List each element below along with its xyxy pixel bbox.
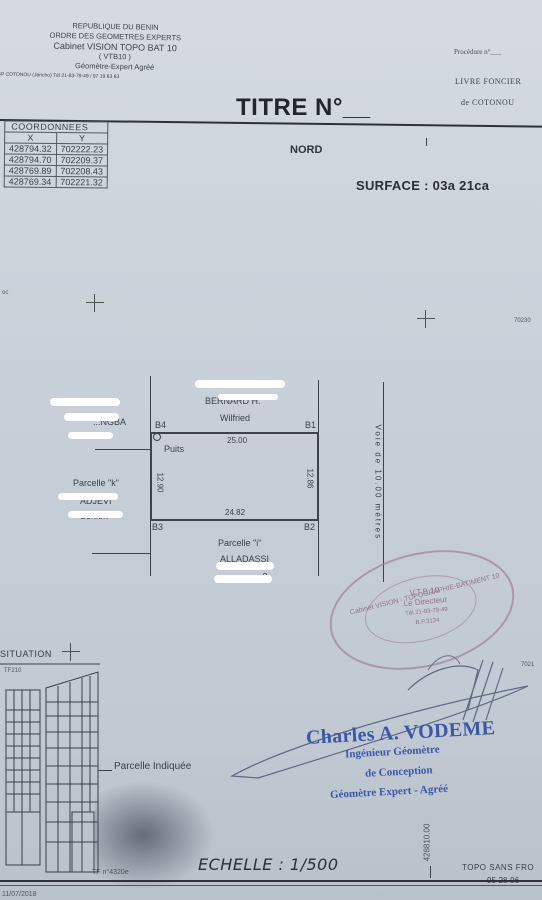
parcel-indicator-line (98, 770, 112, 771)
cell-x: 428794.70 (4, 154, 56, 166)
col-y: Y (56, 133, 108, 145)
redaction (68, 511, 123, 518)
north-label: NORD (290, 144, 322, 156)
cell-y: 702221.32 (56, 176, 108, 188)
grid-cross-icon (417, 310, 435, 328)
south-neighbor-parcel: Parcelle "i" (218, 538, 261, 548)
grid-tick-label: 70230 (514, 318, 531, 324)
east-edge (317, 432, 319, 521)
coordinates-caption: COORDONNEES (4, 120, 108, 132)
north-neighbor-name: Wilfried (220, 413, 250, 423)
point-b1: B1 (305, 420, 316, 430)
table-row: 428794.32702222.23 (5, 143, 108, 155)
well-label: Puits (164, 444, 184, 454)
surface-area: SURFACE : 03a 21ca (356, 178, 489, 193)
table-row: 428769.34702221.32 (4, 176, 107, 188)
west-neighbor-bottom-parcel: Parcelle "k" (73, 478, 119, 488)
issuer-header: REPUBLIQUE DU BENIN ORDRE DES GEOMETRES … (0, 20, 231, 85)
cell-y: 702209.37 (56, 155, 108, 167)
dimension-north: 25.00 (227, 436, 247, 445)
x-coordinate-label: 428810.00 (422, 824, 431, 862)
grid-cross-icon (62, 643, 80, 661)
road-label: Voie de 10.00 mètres (374, 425, 383, 585)
cell-x: 428794.32 (5, 143, 57, 155)
west-neighbor-divider (95, 449, 151, 450)
road-edge-line (383, 382, 384, 582)
situation-label: SITUATION (0, 649, 52, 659)
procedure-number: Procédure n°___ (454, 48, 501, 56)
scale-label: ECHELLE : 1/500 (198, 855, 339, 874)
footer-date: 11/07/2018 (2, 891, 37, 898)
south-edge (150, 519, 319, 521)
dimension-east: 12.86 (306, 468, 315, 488)
parcel-indicated-label: Parcelle Indiquée (114, 761, 191, 772)
north-edge (150, 432, 319, 434)
redaction (214, 575, 272, 583)
livre-foncier-city: de COTONOU (461, 98, 515, 107)
document-title: TITRE N°__ (236, 94, 371, 122)
dimension-west: 12.90 (156, 472, 165, 492)
sw-neighbor-divider (92, 553, 150, 554)
redaction (195, 380, 285, 388)
table-row: 428769.89702208.43 (4, 165, 107, 177)
footer-divider-thin (0, 885, 542, 886)
west-edge (150, 432, 152, 521)
grid-tick-label: oc (2, 290, 8, 296)
point-b3: B3 (152, 522, 163, 532)
point-b4: B4 (155, 420, 166, 430)
col-x: X (5, 132, 57, 144)
point-b2: B2 (304, 522, 315, 532)
x-coordinate-tick (430, 866, 431, 878)
redaction (50, 398, 120, 406)
cell-y: 702222.23 (56, 144, 108, 156)
redaction (218, 394, 278, 400)
cell-x: 428769.34 (4, 176, 56, 188)
coordinates-table: COORDONNEES X Y 428794.32702222.23 42879… (4, 120, 109, 188)
redaction (64, 413, 119, 421)
photo-shadow (95, 780, 215, 890)
table-row: 428794.70702209.37 (4, 154, 107, 166)
situation-map (0, 662, 102, 882)
redaction (68, 432, 113, 439)
well-icon (153, 433, 161, 441)
redaction (216, 562, 274, 570)
dimension-south: 24.82 (225, 508, 245, 517)
cell-y: 702208.43 (56, 165, 108, 177)
divider-tick (426, 138, 427, 146)
redaction (58, 493, 118, 500)
livre-foncier: LIVRE FONCIER (455, 77, 521, 86)
cell-x: 428769.89 (4, 165, 56, 177)
footer-divider (0, 880, 542, 882)
grid-cross-icon (86, 294, 104, 312)
footer-topo: TOPO SANS FRO (462, 863, 534, 872)
